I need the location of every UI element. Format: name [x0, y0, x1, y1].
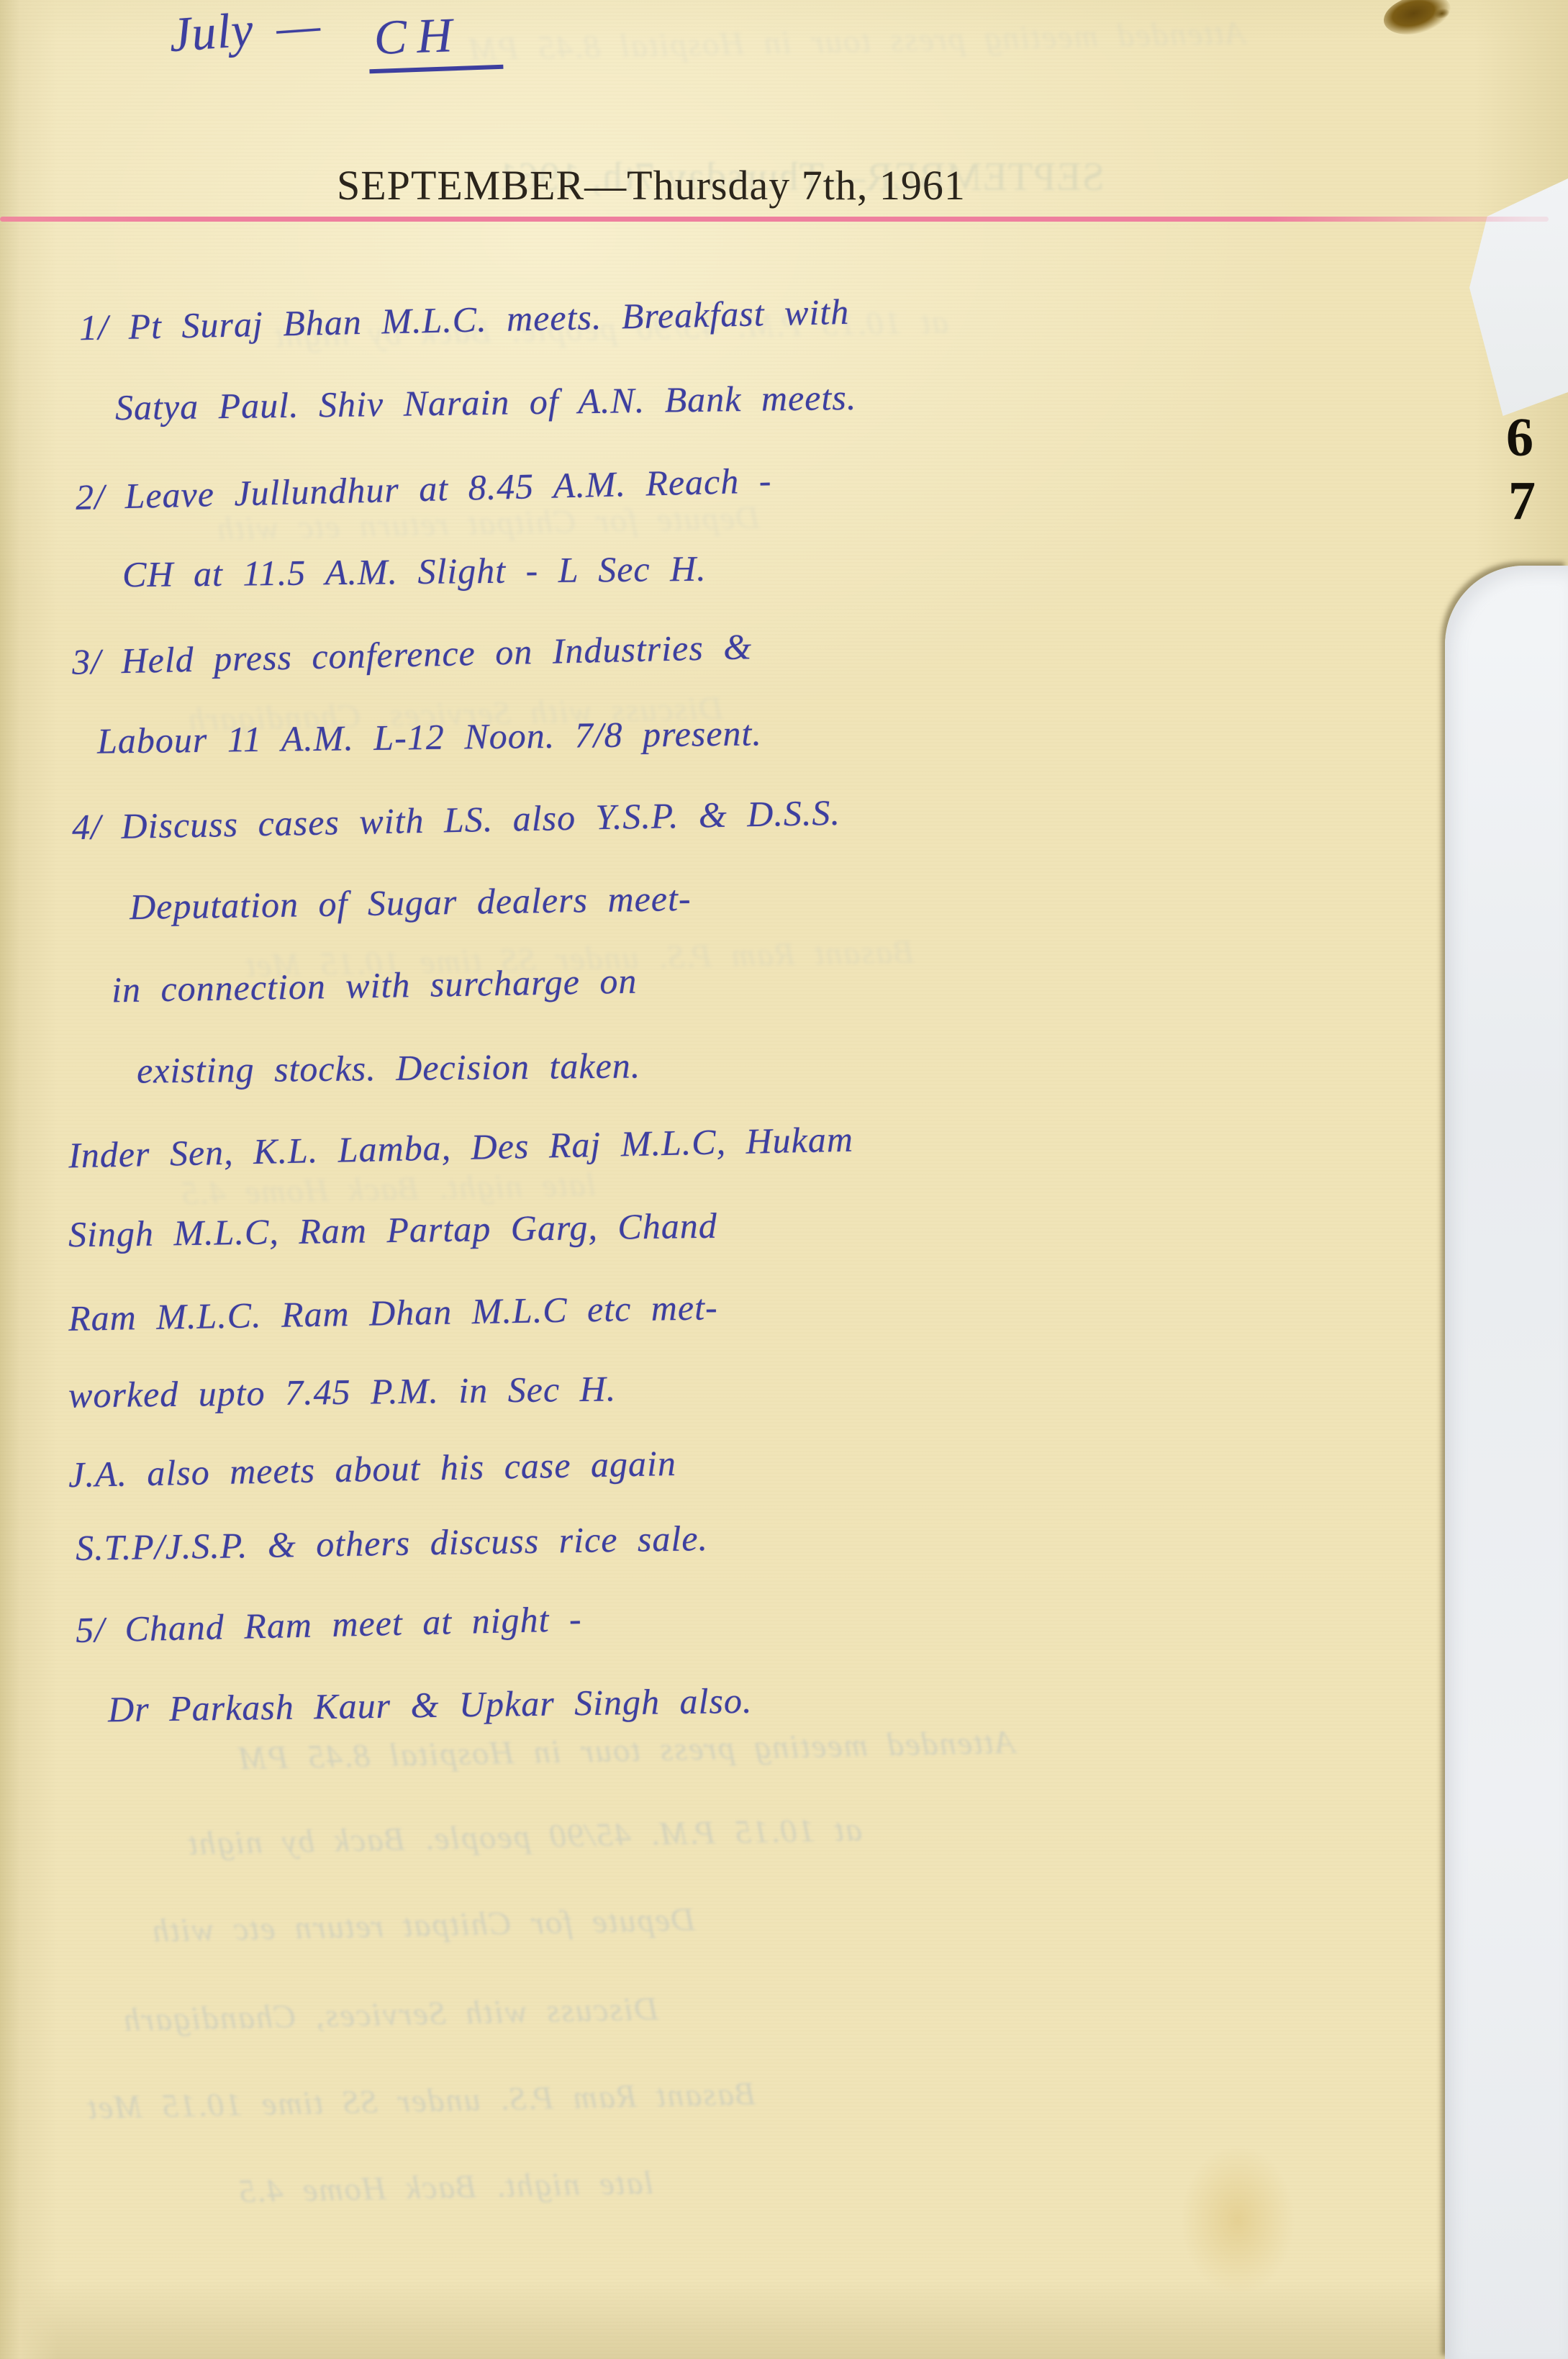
paper-stain — [1180, 2145, 1295, 2296]
bleed-through-line: at 10.15 P.M. 45/90 people. Back by nigh… — [187, 1810, 863, 1862]
margin-page-number: 7 — [1508, 474, 1536, 528]
diary-entry-line: in connection with surcharge on — [112, 960, 638, 1011]
bleed-through-line: Basant Ram P.S. under SS time 10.15 Met — [86, 2074, 756, 2126]
hand-annotation-ch: CH — [368, 5, 504, 73]
diary-entry-line: Dr Parkash Kaur & Upkar Singh also. — [108, 1680, 753, 1730]
bleed-through-line: Attended meeting press tour in Hospital … — [468, 14, 1246, 68]
bleed-through-line: Depute for Chitpat return etc with — [151, 1900, 696, 1950]
diary-entry-line: Labour 11 A.M. L-12 Noon. 7/8 present. — [97, 712, 763, 761]
diary-entry-line: worked upto 7.45 P.M. in Sec H. — [68, 1367, 617, 1416]
diary-entry-line: existing stocks. Decision taken. — [137, 1044, 641, 1091]
bleed-through-line: Attended meeting press tour in Hospital … — [237, 1723, 1016, 1778]
diary-entry-line: Satya Paul. Shiv Narain of A.N. Bank mee… — [115, 376, 857, 428]
hand-annotation-july: July — — [168, 0, 323, 63]
printed-date-header: SEPTEMBER—Thursday 7th, 1961 — [337, 161, 966, 209]
backing-sheet — [1445, 566, 1568, 2359]
bleed-through-line: Discuss with Services, Chandigarh — [122, 1989, 659, 2039]
ink-stain — [1379, 0, 1455, 41]
diary-entry-line: Ram M.L.C. Ram Dhan M.L.C etc met- — [68, 1286, 719, 1339]
bleed-through-line: late night. Back Home 4.5 — [237, 2163, 654, 2210]
hand-annotation-ch-underlined: CH — [368, 5, 504, 73]
diary-entry-line: 3/ Held press conference on Industries & — [71, 625, 752, 682]
pink-rule — [0, 217, 1549, 222]
diary-entry-line: Inder Sen, K.L. Lamba, Des Raj M.L.C, Hu… — [68, 1118, 854, 1177]
margin-page-number: 6 — [1506, 410, 1533, 465]
diary-entry-line: Singh M.L.C, Ram Partap Garg, Chand — [68, 1205, 718, 1256]
diary-entry-line: 5/ Chand Ram meet at night - — [75, 1598, 582, 1651]
diary-entry-line: 4/ Discuss cases with LS. also Y.S.P. & … — [72, 792, 841, 848]
diary-entry-line: CH at 11.5 A.M. Slight - L Sec H. — [122, 548, 707, 595]
diary-entry-line: J.A. also meets about his case again — [68, 1442, 677, 1495]
diary-page-scan: Attended meeting press tour in Hospital … — [0, 0, 1568, 2359]
torn-corner-gap — [1469, 178, 1568, 416]
diary-entry-line: Deputation of Sugar dealers meet- — [130, 877, 692, 928]
diary-entry-line: S.T.P/J.S.P. & others discuss rice sale. — [76, 1517, 709, 1569]
